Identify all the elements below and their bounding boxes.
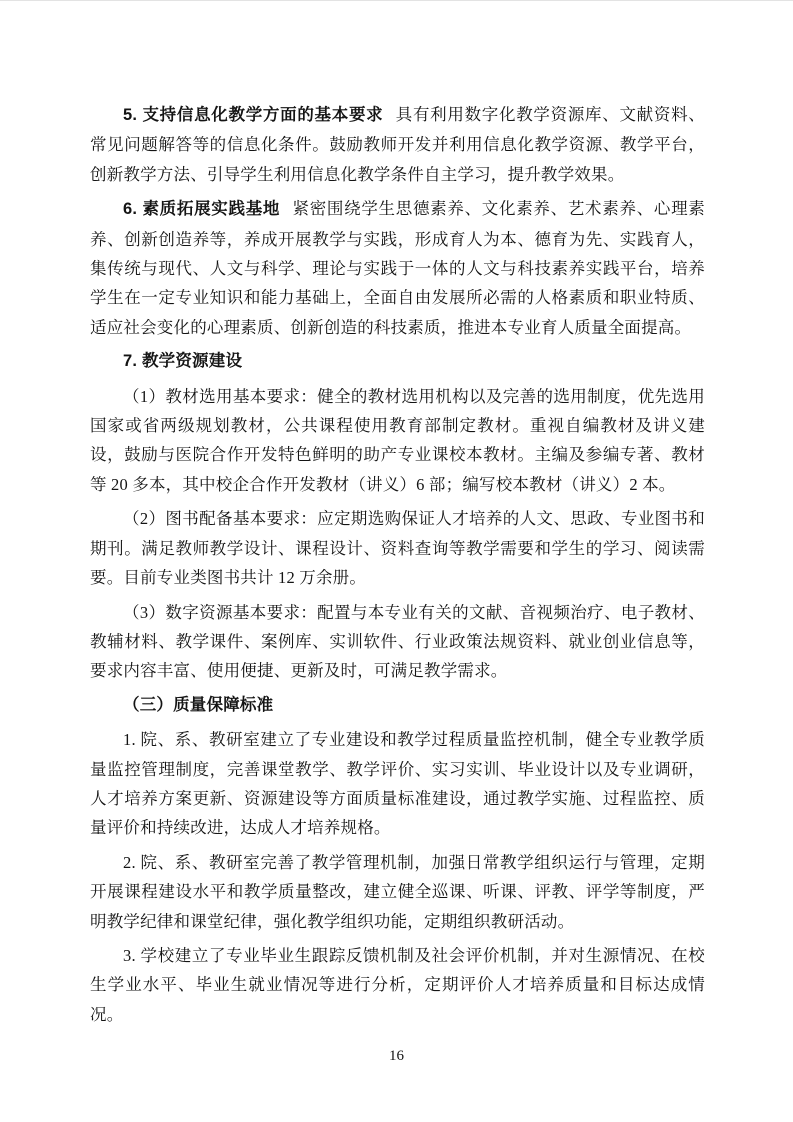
paragraph-lead: 5. 支持信息化教学方面的基本要求 xyxy=(123,106,383,124)
section-heading-3-quality-assurance: （三）质量保障标准 xyxy=(90,691,705,720)
paragraph-body: 2. 院、系、教研室完善了教学管理机制，加强日常教学组织运行与管理，定期开展课程… xyxy=(90,853,705,931)
paragraph-5-informatization-requirements: 5. 支持信息化教学方面的基本要求具有利用数字化教学资源库、文献资料、常见问题解… xyxy=(90,100,705,189)
paragraph-body: （3）数字资源基本要求：配置与本专业有关的文献、音视频治疗、电子教材、教辅材料、… xyxy=(90,603,705,681)
paragraph-digital-resources: （3）数字资源基本要求：配置与本专业有关的文献、音视频治疗、电子教材、教辅材料、… xyxy=(90,598,705,686)
paragraph-6-quality-practice-base: 6. 素质拓展实践基地紧密围绕学生思德素养、文化素养、艺术素养、心理素养、创新创… xyxy=(90,194,705,342)
paragraph-quality-monitoring: 1. 院、系、教研室建立了专业建设和教学过程质量监控机制，健全专业教学质量监控管… xyxy=(90,725,705,843)
paragraph-body: （1）教材选用基本要求：健全的教材选用机构以及完善的选用制度，优先选用国家或省两… xyxy=(90,387,705,494)
document-page: 5. 支持信息化教学方面的基本要求具有利用数字化教学资源库、文献资料、常见问题解… xyxy=(0,0,793,1122)
paragraph-graduate-feedback: 3. 学校建立了专业毕业生跟踪反馈机制及社会评价机制，并对生源情况、在校生学业水… xyxy=(90,941,705,1029)
paragraph-library-books: （2）图书配备基本要求：应定期选购保证人才培养的人文、思政、专业图书和期刊。满足… xyxy=(90,504,705,592)
paragraph-teaching-management: 2. 院、系、教研室完善了教学管理机制，加强日常教学组织运行与管理，定期开展课程… xyxy=(90,848,705,936)
paragraph-body: 紧密围绕学生思德素养、文化素养、艺术素养、心理素养、创新创造养等，养成开展教学与… xyxy=(90,199,705,337)
section-heading-7-teaching-resources: 7. 教学资源建设 xyxy=(90,347,705,376)
paragraph-lead: 6. 素质拓展实践基地 xyxy=(123,200,280,218)
paragraph-body: 3. 学校建立了专业毕业生跟踪反馈机制及社会评价机制，并对生源情况、在校生学业水… xyxy=(90,946,705,1024)
paragraph-textbook-selection: （1）教材选用基本要求：健全的教材选用机构以及完善的选用制度，优先选用国家或省两… xyxy=(90,382,705,500)
page-number: 16 xyxy=(0,1048,793,1065)
paragraph-body: 1. 院、系、教研室建立了专业建设和教学过程质量监控机制，健全专业教学质量监控管… xyxy=(90,730,705,837)
paragraph-body: （2）图书配备基本要求：应定期选购保证人才培养的人文、思政、专业图书和期刊。满足… xyxy=(90,509,705,587)
